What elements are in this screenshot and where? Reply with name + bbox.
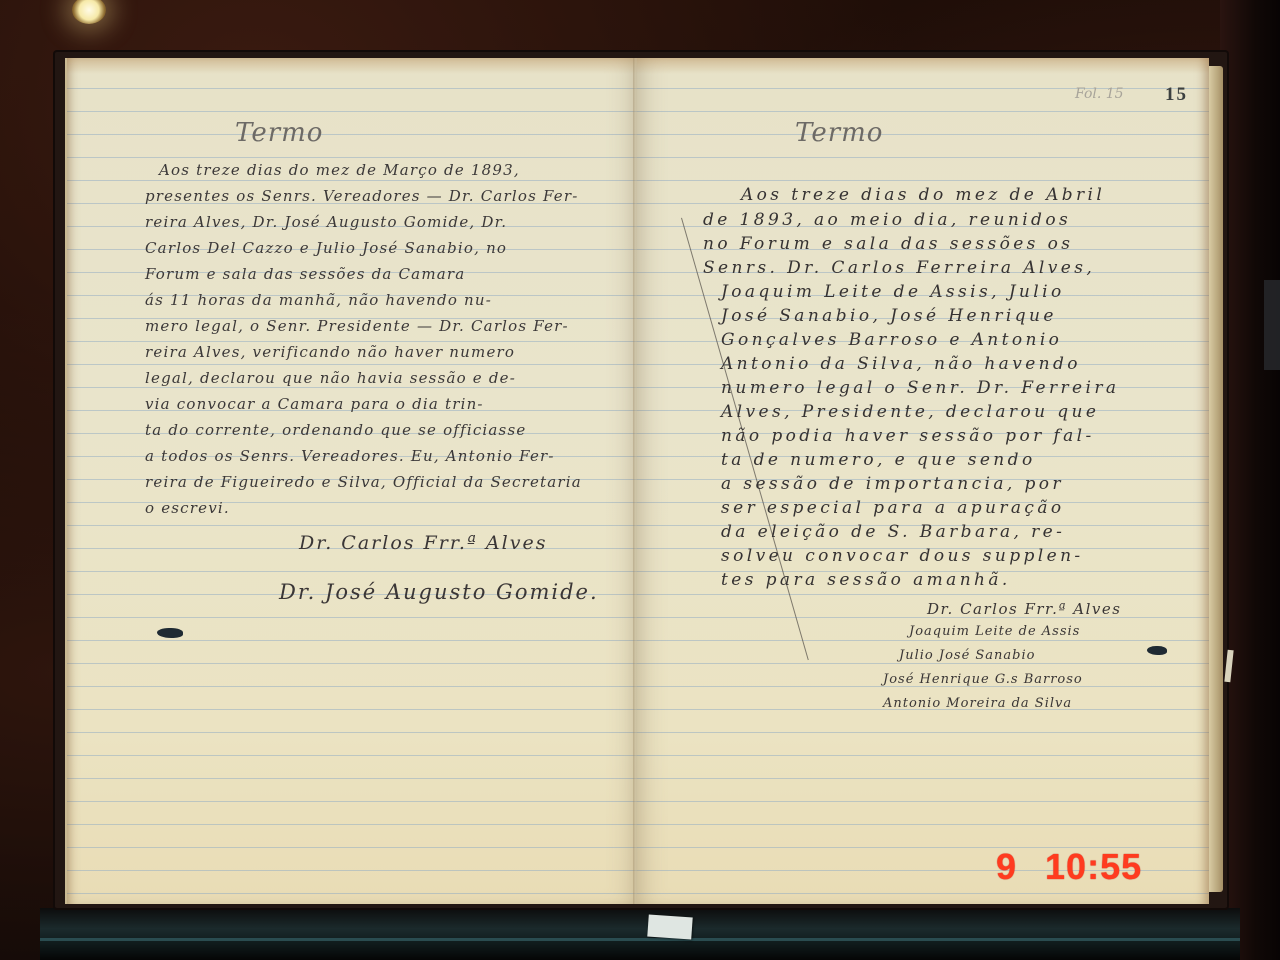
frame-clip	[1264, 280, 1280, 370]
left-line-13: reira de Figueiredo e Silva, Official da…	[145, 473, 582, 491]
right-signature-5: Antonio Moreira da Silva	[883, 696, 1072, 711]
right-line-14: ser especial para a apuração	[721, 498, 1065, 518]
ledger-book: Termo Aos treze dias do mez de Março de …	[55, 52, 1227, 908]
display-case-frame	[1220, 0, 1280, 960]
left-line-4: Carlos Del Cazzo e Julio José Sanabio, n…	[145, 239, 507, 257]
left-page-heading: Termo	[235, 118, 323, 148]
ink-blot	[157, 628, 183, 638]
left-line-14: o escrevi.	[145, 499, 230, 517]
ink-blot	[1147, 646, 1167, 655]
right-line-7: Gonçalves Barroso e Antonio	[721, 330, 1062, 350]
right-line-6: José Sanabio, José Henrique	[721, 306, 1057, 326]
left-line-10: via convocar a Camara para o dia trin-	[145, 395, 484, 413]
right-line-13: a sessão de importancia, por	[721, 474, 1064, 494]
right-line-5: Joaquim Leite de Assis, Julio	[721, 282, 1065, 302]
left-line-9: legal, declarou que não havia sessão e d…	[145, 369, 516, 387]
right-line-4: Senrs. Dr. Carlos Ferreira Alves,	[703, 258, 1095, 278]
display-case-rail	[40, 908, 1240, 960]
right-line-11: não podia haver sessão por fal-	[721, 426, 1095, 446]
camera-timestamp: 910:55	[996, 846, 1142, 888]
left-line-12: a todos os Senrs. Vereadores. Eu, Antoni…	[145, 447, 555, 465]
left-line-8: reira Alves, verificando não haver numer…	[145, 343, 515, 361]
left-line-11: ta do corrente, ordenando que se officia…	[145, 421, 526, 439]
left-line-1: Aos treze dias do mez de Março de 1893,	[159, 161, 520, 179]
right-line-2: de 1893, ao meio dia, reunidos	[703, 210, 1071, 230]
stain	[67, 58, 637, 74]
right-line-1: Aos treze dias do mez de Abril	[741, 185, 1105, 205]
right-line-8: Antonio da Silva, não havendo	[721, 354, 1081, 374]
left-signature-2: Dr. José Augusto Gomide.	[279, 580, 599, 604]
right-line-16: solveu convocar dous supplen-	[721, 546, 1084, 566]
right-signature-1: Dr. Carlos Frr.ª Alves	[927, 600, 1121, 618]
right-signature-3: Julio José Sanabio	[899, 648, 1035, 663]
left-line-3: reira Alves, Dr. José Augusto Gomide, Dr…	[145, 213, 507, 231]
left-signature-1: Dr. Carlos Frr.ª Alves	[299, 532, 547, 554]
right-line-17: tes para sessão amanhã.	[721, 570, 1011, 590]
bookmark-slip	[647, 914, 692, 939]
right-page-heading: Termo	[795, 118, 883, 148]
right-signature-4: José Henrique G.s Barroso	[883, 672, 1083, 687]
right-line-9: numero legal o Senr. Dr. Ferreira	[721, 378, 1119, 398]
left-line-5: Forum e sala das sessões da Camara	[145, 265, 465, 283]
folio-mark: Fol. 15	[1075, 86, 1124, 102]
right-line-12: ta de numero, e que sendo	[721, 450, 1036, 470]
timestamp-time: 10:55	[1045, 846, 1142, 887]
left-line-6: ás 11 horas da manhã, não havendo nu-	[145, 291, 492, 309]
left-line-7: mero legal, o Senr. Presidente — Dr. Car…	[145, 317, 569, 335]
timestamp-day: 9	[996, 846, 1017, 887]
right-line-10: Alves, Presidente, declarou que	[721, 402, 1099, 422]
right-page: Fol. 15 15 Termo Aos treze dias do mez d…	[637, 58, 1209, 904]
page-number: 15	[1165, 84, 1188, 106]
right-line-15: da eleição de S. Barbara, re-	[721, 522, 1065, 542]
left-line-2: presentes os Senrs. Vereadores — Dr. Car…	[145, 187, 578, 205]
right-signature-2: Joaquim Leite de Assis	[909, 624, 1080, 639]
left-page: Termo Aos treze dias do mez de Março de …	[65, 58, 637, 904]
stain	[637, 58, 1209, 74]
right-line-3: no Forum e sala das sessões os	[703, 234, 1073, 254]
